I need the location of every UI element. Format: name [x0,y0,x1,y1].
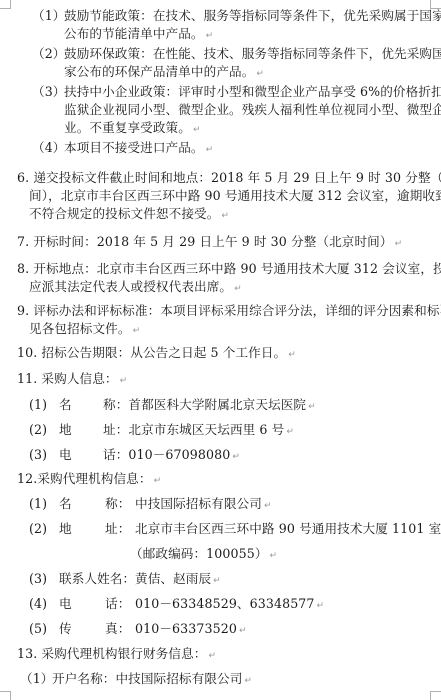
policy-item-1-line-1: 鼓励节能政策：在技术、服务等指标同等条件下，优先采购属于国家 [64,8,441,24]
paragraph-mark-icon: ↵ [264,501,272,511]
section-10-line-1: 10. 招标公告期限：从公告之日起 5 个工作日。↵ [17,345,296,363]
agency-phone-row: (4)电话：010－63348529、63348577↵ [29,596,324,614]
section-9-line-2: 见各包招标文件。↵ [29,321,140,339]
paragraph-mark-icon: ↵ [206,31,214,41]
paragraph-mark-icon: ↵ [270,551,278,561]
paragraph-mark-icon: ↵ [256,69,264,79]
section-6-line-1: 6. 递交投标文件截止时间和地点：2018 年 5 月 29 日上午 9 时 3… [17,170,441,186]
agency-postcode: （邮政编码：100055）↵ [130,546,277,564]
policy-item-2-line-2: 家公布的环保产品清单中的产品。↵ [64,64,264,82]
section-12-title: 12.采购代理机构信息：↵ [17,471,161,489]
paragraph-mark-icon: ↵ [193,125,201,135]
purchaser-phone-row: (3)电话：010－67098080↵ [29,447,240,465]
paragraph-mark-icon: ↵ [234,284,242,294]
section-11-title: 11. 采购人信息：↵ [17,371,127,389]
policy-item-3-line-3: 业。不重复享受政策。↵ [64,120,201,138]
policy-item-3-line-1: 扶持中小企业政策：评审时小型和微型企业产品享受 6%的价格折扣。 [64,84,441,100]
policy-item-2-num: （2） [32,46,66,62]
policy-item-1-num: （1） [32,8,66,24]
paragraph-mark-icon: ↵ [395,239,403,249]
page-corner-mark [0,691,11,700]
paragraph-mark-icon: ↵ [244,676,252,686]
paragraph-mark-icon: ↵ [133,326,141,336]
paragraph-mark-icon: ↵ [120,376,128,386]
policy-item-3-line-2: 监狱企业视同小型、微型企业。残疾人福利性单位视同小型、微型企 [64,102,441,118]
agency-name-row: (1)名称：中技国际招标有限公司↵ [29,496,272,514]
section-9-line-1: 9. 评标办法和评标标准：本项目评标采用综合评分法，详细的评分因素和标准 [17,303,441,319]
policy-item-4-num: （4） [32,140,66,156]
paragraph-mark-icon: ↵ [154,476,162,486]
policy-item-2-line-1: 鼓励环保政策：在性能、技术、服务等指标同等条件下，优先采购国 [64,46,441,62]
purchaser-name-row: (1)名称：首都医科大学附属北京天坛医院↵ [29,397,316,415]
paragraph-mark-icon: ↵ [213,576,221,586]
policy-item-1-line-2: 公布的节能清单中产品。↵ [64,26,213,44]
paragraph-mark-icon: ↵ [239,626,247,636]
paragraph-mark-icon: ↵ [317,601,325,611]
section-7-line-1: 7. 开标时间：2018 年 5 月 29 日上午 9 时 30 分整（北京时间… [17,234,402,252]
agency-contact-row: (3)联系人姓名：黄佶、赵雨辰↵ [29,571,221,589]
agency-address-row: (2)地址：北京市丰台区西三环中路 90 号通用技术大厦 1101 室↵ [29,521,441,539]
bank-account-name-row: （1）开户名称：中技国际招标有限公司↵ [20,671,252,689]
document-page: （1） 鼓励节能政策：在技术、服务等指标同等条件下，优先采购属于国家 公布的节能… [0,0,441,700]
paragraph-mark-icon: ↵ [308,402,316,412]
agency-fax-row: (5)传真：010－63373520↵ [29,621,247,639]
paragraph-mark-icon: ↵ [221,211,229,221]
paragraph-mark-icon: ↵ [208,651,216,661]
section-8-line-2: 应派其法定代表人或授权代表出席。↵ [29,279,242,297]
section-8-line-1: 8. 开标地点：北京市丰台区西三环中路 90 号通用技术大厦 312 会议室，投… [17,261,441,277]
paragraph-mark-icon: ↵ [206,145,214,155]
policy-item-3-num: （3） [32,84,66,100]
paragraph-mark-icon: ↵ [232,452,240,462]
page-corner-mark [0,0,11,9]
section-13-title: 13. 采购代理机构银行财务信息：↵ [17,646,216,664]
page-corner-mark [430,691,441,700]
section-6-line-2: 间），北京市丰台区西三环中路 90 号通用技术大厦 312 会议室，逾期收到或 [29,188,441,204]
purchaser-address-row: (2)地址：北京市东城区天坛西里 6 号↵ [29,422,294,440]
paragraph-mark-icon: ↵ [288,350,296,360]
section-6-line-3: 不符合规定的投标文件恕不接受。↵ [29,206,229,224]
paragraph-mark-icon: ↵ [286,427,294,437]
policy-item-4-line-1: 本项目不接受进口产品。↵ [64,140,213,158]
